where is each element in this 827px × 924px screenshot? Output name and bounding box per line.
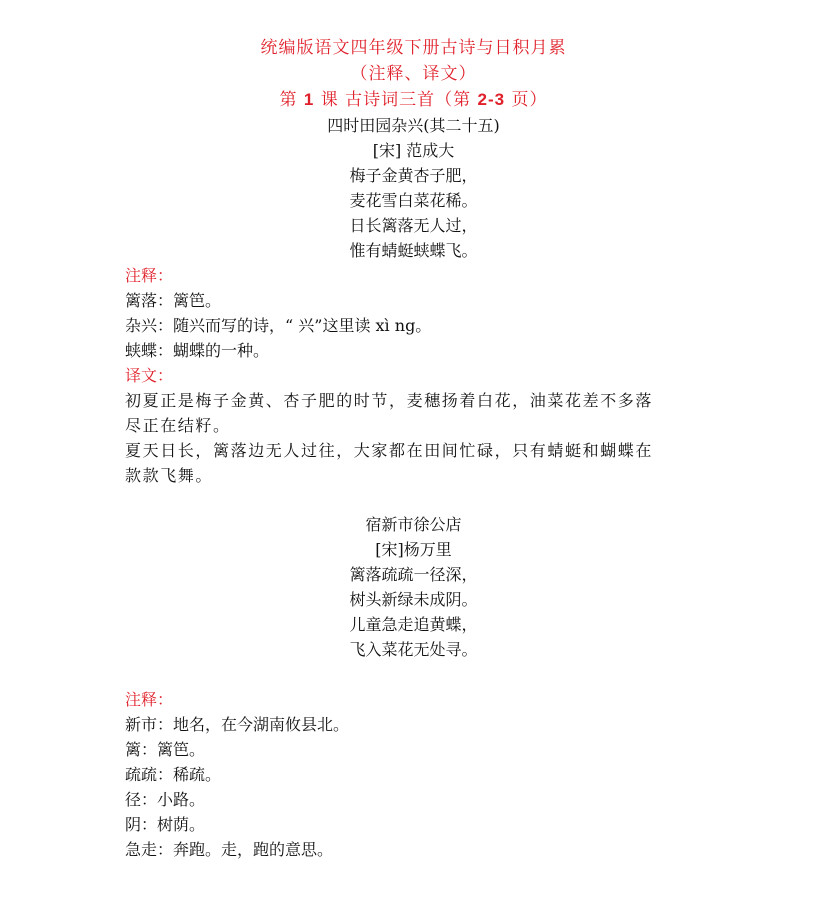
poem2-line: 儿童急走追黄蝶，	[0, 613, 827, 637]
poem2-line: 篱落疏疏一径深，	[0, 563, 827, 587]
poem1-translation-line: 夏天日长，篱落边无人过往，大家都在田间忙碌，只有蜻蜓和蝴蝶在	[125, 439, 653, 463]
poem2-note: 径：小路。	[125, 788, 205, 812]
poem2-notes-label: 注释：	[125, 688, 173, 712]
poem2-note: 篱：篱笆。	[125, 738, 205, 762]
poem2-note: 新市：地名，在今湖南攸县北。	[125, 713, 349, 737]
poem1-notes-label: 注释：	[125, 264, 173, 288]
poem2-author: [宋]杨万里	[0, 538, 827, 562]
poem2-note: 急走：奔跑。走，跑的意思。	[125, 838, 333, 862]
poem1-note: 杂兴：随兴而写的诗，“ 兴”这里读 xì ng。	[125, 314, 431, 338]
poem2-note: 阴：树荫。	[125, 813, 205, 837]
poem1-title: 四时田园杂兴(其二十五)	[0, 114, 827, 138]
poem1-translation-line: 初夏正是梅子金黄、杏子肥的时节，麦穗扬着白花，油菜花差不多落	[125, 389, 653, 413]
lesson-heading: 第 1 课 古诗词三首（第 2-3 页）	[0, 88, 827, 112]
poem1-line: 梅子金黄杏子肥，	[0, 164, 827, 188]
document-page: 统编版语文四年级下册古诗与日积月累 （注释、译文） 第 1 课 古诗词三首（第 …	[0, 0, 827, 924]
poem1-line: 惟有蜻蜓蛱蝶飞。	[0, 239, 827, 263]
poem1-translation-line: 款款飞舞。	[125, 464, 213, 488]
poem1-translation-line: 尽正在结籽。	[125, 414, 231, 438]
lesson-suffix: 页）	[505, 90, 547, 110]
lesson-name: 课 古诗词三首（第	[314, 90, 477, 110]
poem2-note: 疏疏：稀疏。	[125, 763, 221, 787]
poem1-line: 麦花雪白菜花稀。	[0, 189, 827, 213]
poem1-line: 日长篱落无人过，	[0, 214, 827, 238]
lesson-number: 1	[304, 90, 314, 109]
lesson-prefix: 第	[279, 90, 303, 110]
lesson-pages: 2-3	[478, 90, 506, 109]
document-title: 统编版语文四年级下册古诗与日积月累	[0, 36, 827, 60]
poem2-line: 树头新绿未成阴。	[0, 588, 827, 612]
poem2-title: 宿新市徐公店	[0, 513, 827, 537]
poem2-line: 飞入菜花无处寻。	[0, 638, 827, 662]
poem1-note: 蛱蝶：蝴蝶的一种。	[125, 339, 269, 363]
document-subtitle: （注释、译文）	[0, 62, 827, 86]
poem1-note: 篱落：篱笆。	[125, 289, 221, 313]
poem1-author: [宋] 范成大	[0, 139, 827, 163]
poem1-translation-label: 译文：	[125, 364, 173, 388]
